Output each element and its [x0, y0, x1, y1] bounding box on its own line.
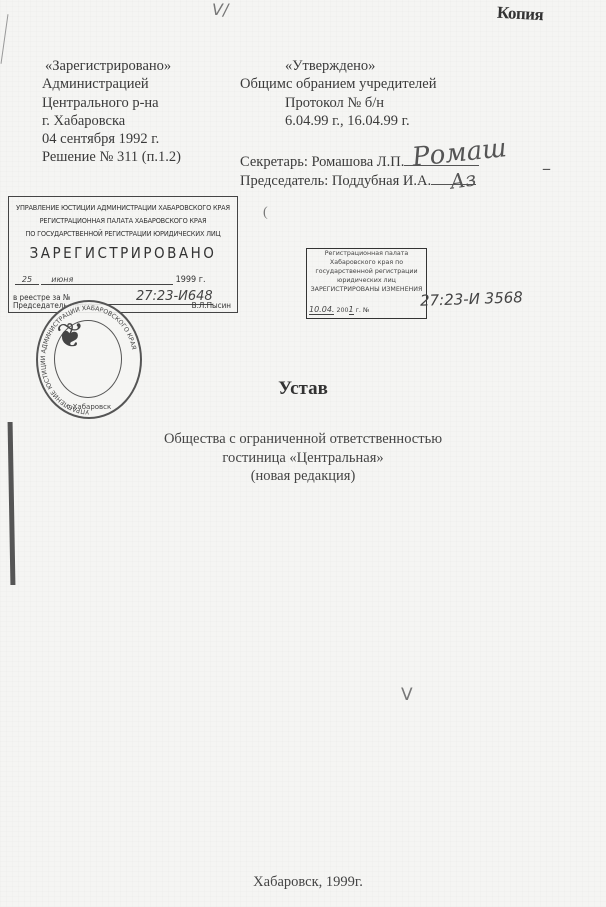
registration-line: г. Хабаровска: [42, 112, 181, 130]
stamp-month: июня: [41, 275, 173, 285]
handwritten-check-mark: V/: [212, 0, 228, 19]
stamp-chairman-name: В.Л.Пысин: [192, 301, 231, 310]
registration-line: Администрацией: [42, 75, 181, 93]
changes-year-prefix: 200: [336, 307, 348, 314]
changes-date: 10.04.: [309, 305, 334, 315]
approval-line: Общимс обранием учредителей: [240, 75, 436, 93]
scanned-document-page: V/ Копия «Зарегистрировано» Администраци…: [0, 0, 606, 907]
official-seal: УПРАВЛЕНИЕ ЮСТИЦИИ АДМИНИСТРАЦИИ ХАБАРОВ…: [36, 300, 142, 419]
registration-line: Решение № 311 (п.1.2): [42, 148, 181, 166]
changes-year-suffix: 1: [349, 305, 354, 315]
copy-stamp: Копия: [497, 3, 544, 25]
registration-line: 04 сентября 1992 г.: [42, 130, 181, 148]
changes-year-label: г.: [356, 307, 361, 314]
handwritten-check-mark: V: [401, 685, 413, 705]
pen-mark: (: [263, 205, 268, 221]
stamp-line: Регистрационная палата: [307, 249, 426, 258]
secretary-label: Секретарь: Ромашова Л.П.: [240, 154, 404, 170]
changes-number-label: №: [363, 307, 370, 314]
eagle-emblem-icon: ❦: [56, 320, 85, 354]
scan-edge-line: [1, 14, 9, 64]
seal-city: г.Хабаровск: [38, 403, 140, 411]
stamp-line: РЕГИСТРАЦИОННАЯ ПАЛАТА ХАБАРОВСКОГО КРАЯ: [9, 214, 237, 227]
chairman-label: Председатель: Поддубная И.А.: [240, 173, 431, 189]
stamp-line: Хабаровского края по: [307, 258, 426, 267]
registration-line: «Зарегистрировано»: [42, 57, 181, 75]
secretary-signature: Ромаш: [411, 133, 508, 173]
registration-block: «Зарегистрировано» Администрацией Центра…: [42, 57, 181, 167]
subtitle-line: гостиница «Центральная»: [0, 449, 606, 468]
document-subtitle: Общества с ограниченной ответственностью…: [0, 430, 606, 486]
stamp-day: 25: [15, 275, 39, 285]
changes-stamp: Регистрационная палата Хабаровского края…: [306, 248, 427, 319]
signature-dash: –: [542, 158, 551, 179]
stamp-line: юридических лиц: [307, 276, 426, 285]
approval-line: «Утверждено»: [240, 57, 436, 75]
subtitle-line: (новая редакция): [0, 467, 606, 486]
stamp-line: ЗАРЕГИСТРИРОВАНЫ ИЗМЕНЕНИЯ: [307, 285, 426, 294]
document-footer: Хабаровск, 1999г.: [0, 874, 606, 891]
stamp-year: 1999 г.: [176, 275, 206, 285]
stamp-line: УПРАВЛЕНИЕ ЮСТИЦИИ АДМИНИСТРАЦИИ ХАБАРОВ…: [9, 201, 237, 214]
changes-registry-number: 27:23-И 3568: [420, 288, 523, 310]
approval-block: «Утверждено» Общимс обранием учредителей…: [240, 57, 436, 130]
approval-line: 6.04.99 г., 16.04.99 г.: [240, 112, 436, 130]
registration-stamp: УПРАВЛЕНИЕ ЮСТИЦИИ АДМИНИСТРАЦИИ ХАБАРОВ…: [8, 196, 238, 313]
document-title: Устав: [0, 378, 606, 400]
subtitle-line: Общества с ограниченной ответственностью: [0, 430, 606, 449]
registration-line: Центрального р-на: [42, 94, 181, 112]
stamp-line: государственной регистрации: [307, 267, 426, 276]
stamp-status: ЗАРЕГИСТРИРОВАНО: [9, 244, 237, 262]
stamp-line: ПО ГОСУДАРСТВЕННОЙ РЕГИСТРАЦИИ ЮРИДИЧЕСК…: [9, 227, 237, 240]
approval-line: Протокол № б/н: [240, 94, 436, 112]
chairman-signature: Аз: [448, 166, 477, 193]
